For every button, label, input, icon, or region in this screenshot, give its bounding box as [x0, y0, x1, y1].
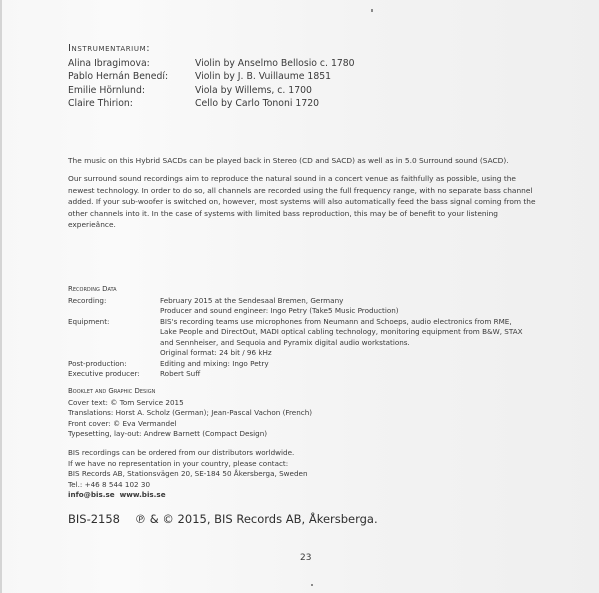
performer-name: Claire Thirion:	[68, 97, 195, 111]
contact-phone: Tel.: +46 8 544 102 30	[68, 480, 308, 491]
email-link[interactable]: info@bis.se	[68, 490, 115, 499]
equipment-row: Equipment: BIS's recording teams use mic…	[68, 317, 528, 359]
recording-value: Producer and sound engineer: Ingo Petry …	[160, 306, 528, 317]
recording-data-heading: Recording Data	[68, 284, 528, 295]
instrumentarium-heading: Instrumentarium:	[68, 42, 355, 56]
scan-speck	[311, 584, 313, 586]
page-number: 23	[300, 553, 311, 563]
executive-producer-row: Executive producer: Robert Suff	[68, 369, 528, 380]
sacd-paragraph: The music on this Hybrid SACDs can be pl…	[68, 155, 538, 166]
post-production-value: Editing and mixing: Ingo Petry	[160, 359, 528, 370]
post-production-label: Post-production:	[68, 359, 160, 370]
contact-line: BIS recordings can be ordered from our d…	[68, 448, 308, 459]
post-production-row: Post-production: Editing and mixing: Ing…	[68, 359, 528, 370]
performer-name: Pablo Hernán Benedí:	[68, 70, 195, 84]
contact-line: If we have no representation in your cou…	[68, 459, 308, 470]
catalog-number: BIS-2158	[68, 512, 120, 526]
booklet-credit: Front cover: © Eva Vermandel	[68, 419, 312, 430]
performer-name: Emilie Hörnlund:	[68, 84, 195, 98]
contact-section: BIS recordings can be ordered from our d…	[68, 448, 308, 501]
contact-address: BIS Records AB, Stationsvägen 20, SE-184…	[68, 469, 308, 480]
executive-producer-label: Executive producer:	[68, 369, 160, 380]
recording-label: Recording:	[68, 296, 160, 317]
instrumentarium-row: Pablo Hernán Benedí: Violin by J. B. Vui…	[68, 70, 355, 84]
booklet-design-heading: Booklet and Graphic Design	[68, 386, 312, 397]
equipment-value: Original format: 24 bit / 96 kHz	[160, 348, 528, 359]
performer-name: Alina Ibragimova:	[68, 57, 195, 71]
executive-producer-value: Robert Suff	[160, 369, 528, 380]
instrumentarium-section: Instrumentarium: Alina Ibragimova: Violi…	[68, 42, 355, 111]
instrumentarium-row: Emilie Hörnlund: Viola by Willems, c. 17…	[68, 84, 355, 98]
booklet-credit: Cover text: © Tom Service 2015	[68, 398, 312, 409]
instrument: Violin by J. B. Vuillaume 1851	[195, 70, 331, 84]
equipment-label: Equipment:	[68, 317, 160, 359]
footer: BIS-2158 ℗ & © 2015, BIS Records AB, Åke…	[68, 512, 378, 526]
copyright-notice: ℗ & © 2015, BIS Records AB, Åkersberga.	[135, 512, 378, 526]
booklet-credit: Typesetting, lay-out: Andrew Barnett (Co…	[68, 429, 312, 440]
scan-speck	[371, 9, 373, 12]
recording-data-section: Recording Data Recording: February 2015 …	[68, 284, 528, 380]
instrumentarium-row: Alina Ibragimova: Violin by Anselmo Bell…	[68, 57, 355, 71]
equipment-value: BIS's recording teams use microphones fr…	[160, 317, 528, 349]
recording-row: Recording: February 2015 at the Sendesaa…	[68, 296, 528, 317]
booklet-credit: Translations: Horst A. Scholz (German); …	[68, 408, 312, 419]
instrumentarium-row: Claire Thirion: Cello by Carlo Tononi 17…	[68, 97, 355, 111]
instrument: Cello by Carlo Tononi 1720	[195, 97, 319, 111]
surround-paragraph: Our surround sound recordings aim to rep…	[68, 173, 538, 230]
booklet-page: Instrumentarium: Alina Ibragimova: Violi…	[0, 0, 599, 593]
sacd-info-section: The music on this Hybrid SACDs can be pl…	[68, 155, 538, 237]
booklet-design-section: Booklet and Graphic Design Cover text: ©…	[68, 386, 312, 440]
website-link[interactable]: www.bis.se	[120, 490, 166, 499]
instrument: Violin by Anselmo Bellosio c. 1780	[195, 57, 355, 71]
recording-value: February 2015 at the Sendesaal Bremen, G…	[160, 296, 528, 307]
instrument: Viola by Willems, c. 1700	[195, 84, 312, 98]
